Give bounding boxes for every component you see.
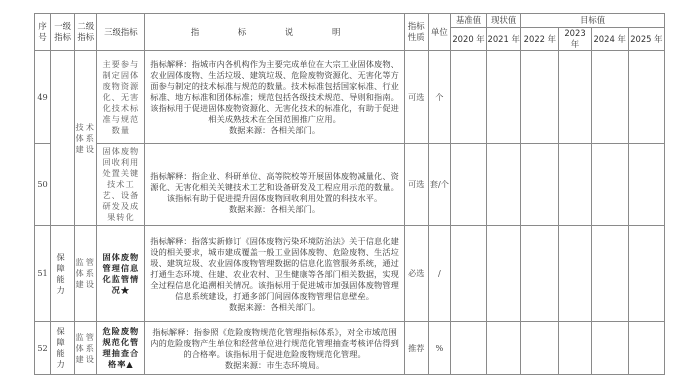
row-description: 指标解释：指落实新修订《固体废物污染环境防治法》关于信息化建设的相关要求，城市建…	[145, 226, 404, 322]
row-level2: 监管体系建设	[75, 226, 97, 322]
row-target-2022	[521, 226, 559, 322]
row-level2: 技术体系建设	[75, 51, 97, 226]
row-unit: %	[428, 322, 450, 375]
header-description: 指 标 说 明	[145, 14, 404, 51]
row-level3: 固体废物管理信息化监管情况★	[97, 226, 145, 322]
row-baseline	[450, 51, 486, 144]
header-baseline: 基准值	[450, 14, 486, 28]
header-baseline-year: 2020 年	[450, 28, 486, 51]
row-target-2023	[559, 226, 591, 322]
header-current-year: 2021 年	[487, 28, 521, 51]
row-target-2023	[559, 144, 591, 226]
row-target-2022	[521, 144, 559, 226]
row-target-2022	[521, 322, 559, 375]
header-target-year-2023: 2023 年	[559, 28, 591, 51]
row-level3: 危险废物规范化管理抽查合格率▲	[97, 322, 145, 375]
row-target-2025	[628, 51, 664, 144]
row-seq: 52	[35, 322, 51, 375]
indicator-table: 序号 一级指标 二级指标 三级指标 指 标 说 明 指标性质 单位 基准值 现状…	[34, 13, 665, 375]
row-baseline	[450, 226, 486, 322]
row-seq: 50	[35, 144, 51, 226]
header-level2: 二级指标	[75, 14, 97, 51]
row-current	[487, 51, 521, 144]
row-current	[487, 226, 521, 322]
row-current	[487, 144, 521, 226]
header-current: 现状值	[487, 14, 521, 28]
row-level1	[51, 51, 75, 226]
row-unit: 个	[428, 51, 450, 144]
row-level3: 主要参与制定固体废物资源化、无害化技术标准与规范数量	[97, 51, 145, 144]
table-row: 51 保障能力 监管体系建设 固体废物管理信息化监管情况★ 指标解释：指落实新修…	[35, 226, 665, 322]
row-seq: 49	[35, 51, 51, 144]
table-row: 50 固体废物回收利用处置关键技术工艺、设备研发及成果转化 指标解释：指企业、科…	[35, 144, 665, 226]
header-target: 目标值	[521, 14, 665, 28]
row-unit: /	[428, 226, 450, 322]
row-nature: 推荐	[404, 322, 428, 375]
row-target-2024	[591, 144, 628, 226]
row-unit: 套/个	[428, 144, 450, 226]
row-description: 指标解释：指城市内各机构作为主要完成单位在大宗工业固体废物、农业固体废物、生活垃…	[145, 51, 404, 144]
row-nature: 可选	[404, 51, 428, 144]
header-unit: 单位	[428, 14, 450, 51]
header-seq: 序号	[35, 14, 51, 51]
header-target-year-2025: 2025 年	[628, 28, 664, 51]
row-target-2023	[559, 51, 591, 144]
row-level1: 保障能力	[51, 322, 75, 375]
table-row: 49 技术体系建设 主要参与制定固体废物资源化、无害化技术标准与规范数量 指标解…	[35, 51, 665, 144]
row-target-2024	[591, 226, 628, 322]
row-target-2024	[591, 322, 628, 375]
row-target-2023	[559, 322, 591, 375]
header-level1: 一级指标	[51, 14, 75, 51]
row-description: 指标解释：指参照《危险废物规范化管理指标体系》，对全市域范围内的危险废物产生单位…	[145, 322, 404, 375]
row-target-2025	[628, 322, 664, 375]
header-target-year-2024: 2024 年	[591, 28, 628, 51]
row-nature: 必选	[404, 226, 428, 322]
header-target-year-2022: 2022 年	[521, 28, 559, 51]
row-level3: 固体废物回收利用处置关键技术工艺、设备研发及成果转化	[97, 144, 145, 226]
row-nature: 可选	[404, 144, 428, 226]
header-nature: 指标性质	[404, 14, 428, 51]
row-target-2024	[591, 51, 628, 144]
row-level2: 监管体系建设	[75, 322, 97, 375]
row-level1: 保障能力	[51, 226, 75, 322]
row-baseline	[450, 144, 486, 226]
row-target-2025	[628, 226, 664, 322]
row-description: 指标解释：指企业、科研单位、高等院校等开展固体废物减量化、资源化、无害化相关关键…	[145, 144, 404, 226]
row-target-2025	[628, 144, 664, 226]
row-target-2022	[521, 51, 559, 144]
row-baseline	[450, 322, 486, 375]
row-seq: 51	[35, 226, 51, 322]
table-row: 52 保障能力 监管体系建设 危险废物规范化管理抽查合格率▲ 指标解释：指参照《…	[35, 322, 665, 375]
row-current	[487, 322, 521, 375]
header-level3: 三级指标	[97, 14, 145, 51]
